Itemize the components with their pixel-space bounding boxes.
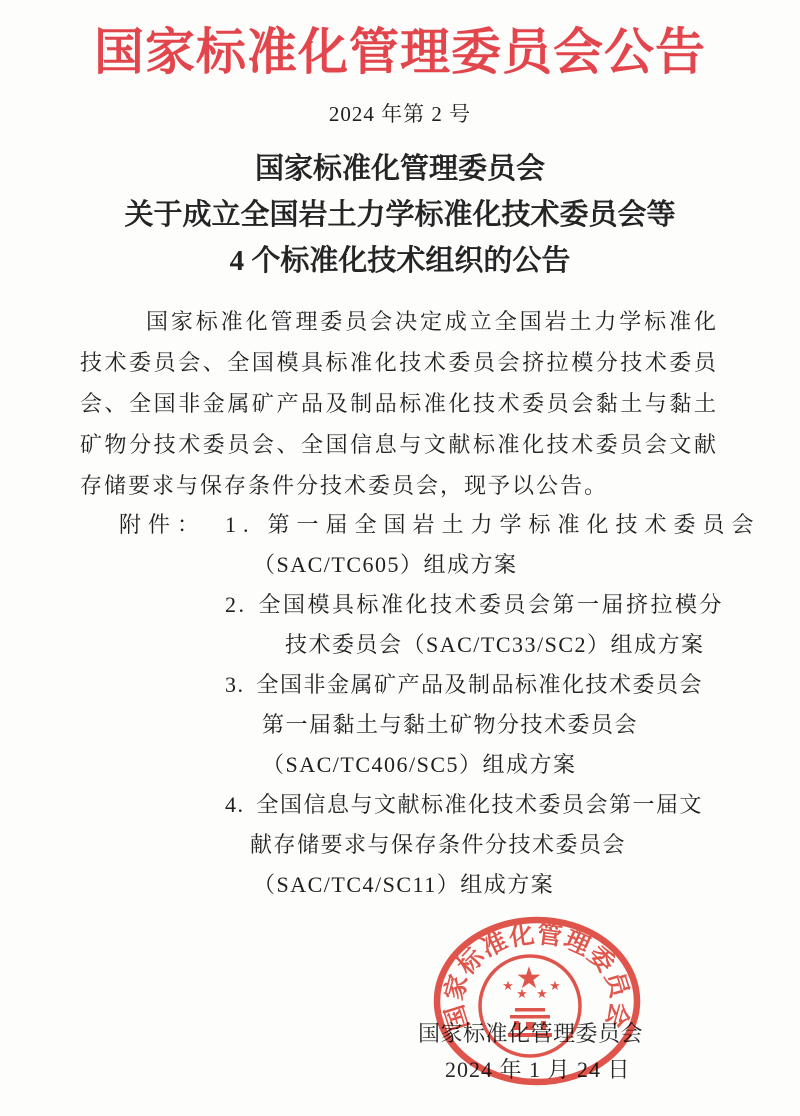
- attachments-section: 附件： 1.第一届全国岩土力学标准化技术委员会 （SAC/TC605）组成方案 …: [80, 505, 740, 905]
- attachment-text: 全国非金属矿产品及制品标准化技术委员会: [257, 672, 704, 697]
- official-seal-stamp: 国家标准化管理委员会 ★ ★ ★ ★ ★: [430, 908, 644, 1094]
- attachment-number: 2.: [225, 585, 247, 625]
- attachments-label: 附件：: [119, 505, 206, 545]
- announcement-subject: 国家标准化管理委员会 关于成立全国岩土力学标准化技术委员会等 4 个标准化技术组…: [0, 146, 800, 284]
- body-paragraph: 国家标准化管理委员会决定成立全国岩土力学标准化技术委员会、全国模具标准化技术委员…: [80, 301, 718, 506]
- emblem-gate-arch: [526, 1022, 534, 1030]
- emblem-small-star: ★: [502, 979, 514, 994]
- subject-line: 国家标准化管理委员会: [0, 146, 800, 192]
- attachment-item-2: 2.全国模具标准化技术委员会第一届挤拉模分 技术委员会（SAC/TC33/SC2…: [225, 585, 740, 665]
- attachment-line: 3.全国非金属矿产品及制品标准化技术委员会: [225, 665, 740, 705]
- attachment-line: 1.第一届全国岩土力学标准化技术委员会: [225, 505, 740, 545]
- subject-line: 关于成立全国岩土力学标准化技术委员会等: [0, 192, 800, 238]
- doc-number: 2024 年第 2 号: [0, 102, 800, 126]
- attachment-line: 第一届黏土与黏土矿物分技术委员会: [225, 705, 740, 745]
- emblem-small-star: ★: [536, 987, 548, 1002]
- attachment-item-4: 4.全国信息与文献标准化技术委员会第一届文 献存储要求与保存条件分技术委员会 （…: [225, 785, 740, 905]
- national-emblem-icon: ★ ★ ★ ★ ★: [480, 956, 580, 1056]
- attachment-line: （SAC/TC4/SC11）组成方案: [225, 865, 740, 905]
- attachment-line: 4.全国信息与文献标准化技术委员会第一届文: [225, 785, 740, 825]
- attachment-item-3: 3.全国非金属矿产品及制品标准化技术委员会 第一届黏土与黏土矿物分技术委员会 （…: [225, 665, 740, 785]
- attachment-text: 全国模具标准化技术委员会第一届挤拉模分: [259, 592, 725, 617]
- announcement-document: 国家标准化管理委员会公告 2024 年第 2 号 国家标准化管理委员会 关于成立…: [0, 0, 800, 1116]
- emblem-gate-roof: [515, 1008, 545, 1012]
- attachment-line: （SAC/TC605）组成方案: [225, 545, 740, 585]
- emblem-small-star: ★: [549, 979, 561, 994]
- attachment-line: （SAC/TC406/SC5）组成方案: [225, 745, 740, 785]
- attachment-line: 2.全国模具标准化技术委员会第一届挤拉模分: [225, 585, 740, 625]
- attachment-text: 第一届全国岩土力学标准化技术委员会: [268, 512, 761, 537]
- emblem-gate-eave: [510, 1015, 550, 1019]
- emblem-gate-pillar: [541, 1021, 546, 1030]
- attachment-number: 4.: [225, 785, 245, 825]
- announcement-title: 国家标准化管理委员会公告: [0, 22, 800, 82]
- subject-line: 4 个标准化技术组织的公告: [0, 238, 800, 284]
- attachment-line: 献存储要求与保存条件分技术委员会: [225, 825, 740, 865]
- attachment-item-1: 1.第一届全国岩土力学标准化技术委员会 （SAC/TC605）组成方案: [225, 505, 740, 585]
- attachment-number: 3.: [225, 665, 245, 705]
- attachment-line: 技术委员会（SAC/TC33/SC2）组成方案: [225, 625, 740, 665]
- emblem-small-star: ★: [516, 987, 528, 1002]
- emblem-gate-pillar: [514, 1021, 519, 1030]
- emblem-gate-base: [508, 1033, 552, 1037]
- attachment-text: 全国信息与文献标准化技术委员会第一届文: [257, 792, 704, 817]
- attachment-number: 1.: [225, 505, 256, 545]
